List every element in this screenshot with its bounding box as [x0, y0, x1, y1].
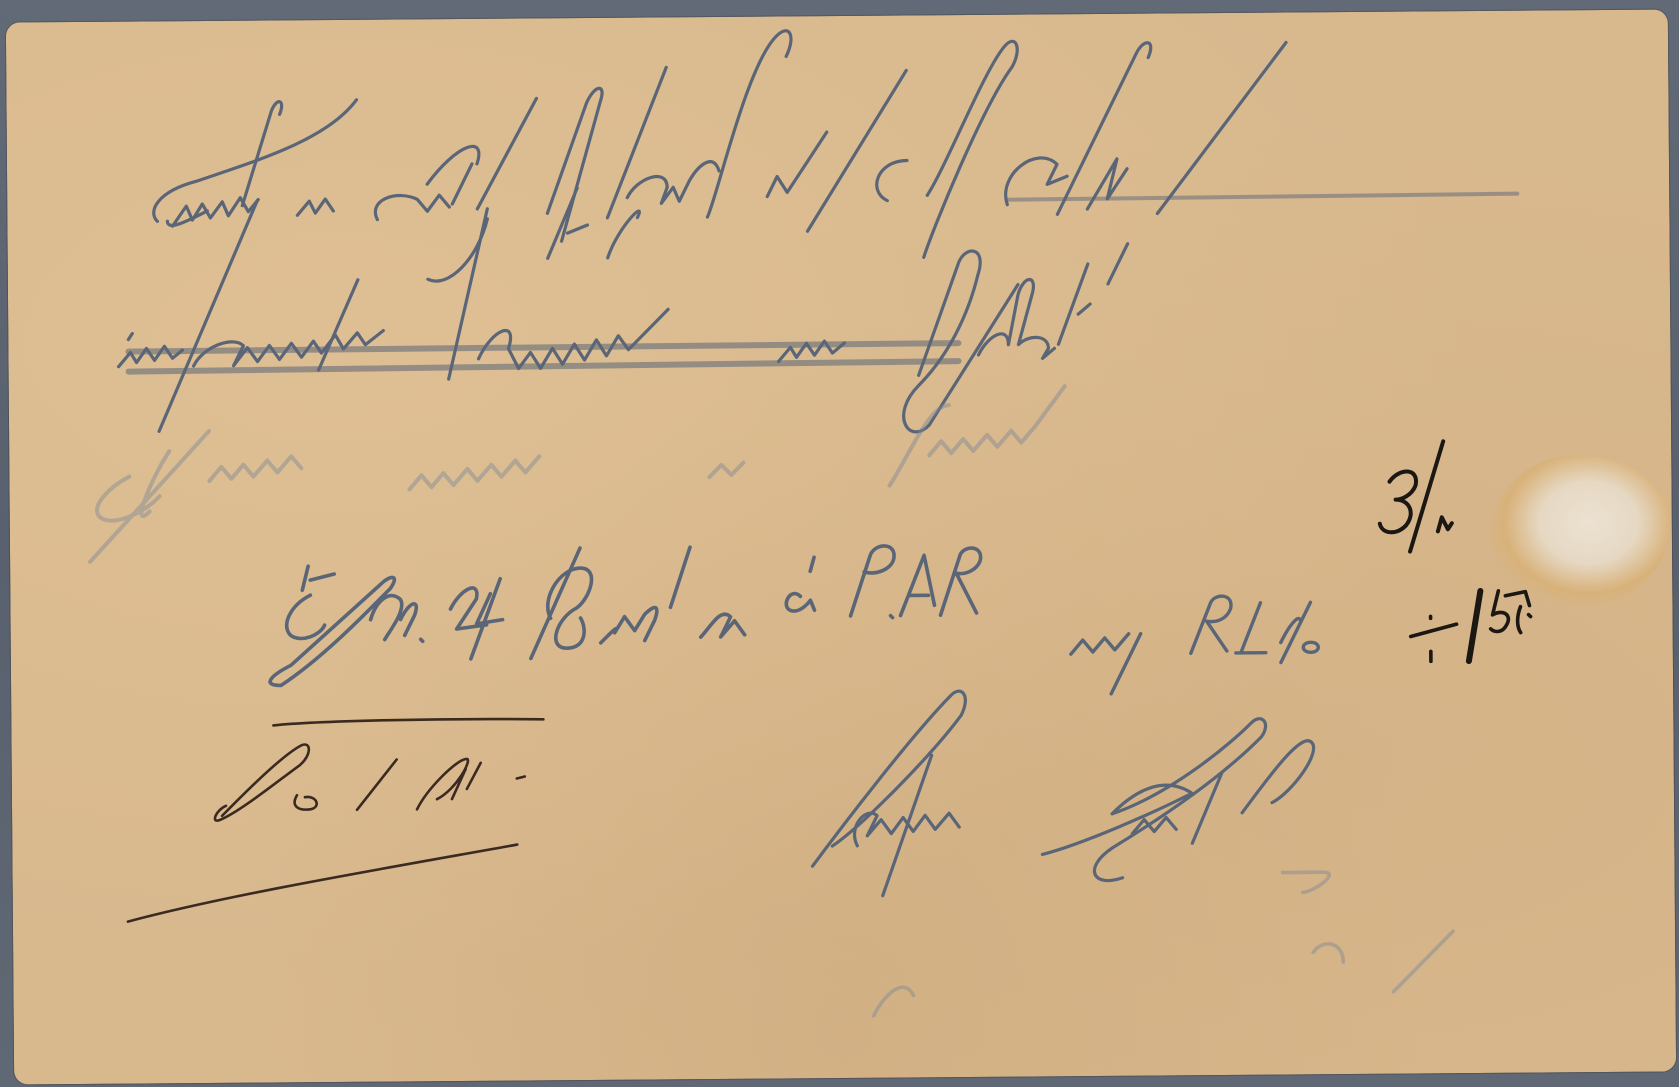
handwriting-closing	[811, 688, 1315, 896]
ink-discount	[1410, 591, 1531, 662]
handwriting-line-1	[152, 27, 1288, 292]
handwriting-order-line	[269, 545, 981, 686]
postcard: Senden Sie gefl. sofort 1 Post in schöne…	[6, 9, 1676, 1084]
ink-fraction	[1379, 441, 1452, 552]
handwriting-line-2	[117, 184, 1091, 438]
handwriting-strokes	[6, 9, 1676, 1084]
faint-bottom-scribbles	[873, 871, 1454, 1016]
handwriting-order-subline	[1070, 595, 1318, 694]
handwriting-line-3-faint	[89, 386, 1066, 562]
ink-reference	[126, 719, 545, 922]
